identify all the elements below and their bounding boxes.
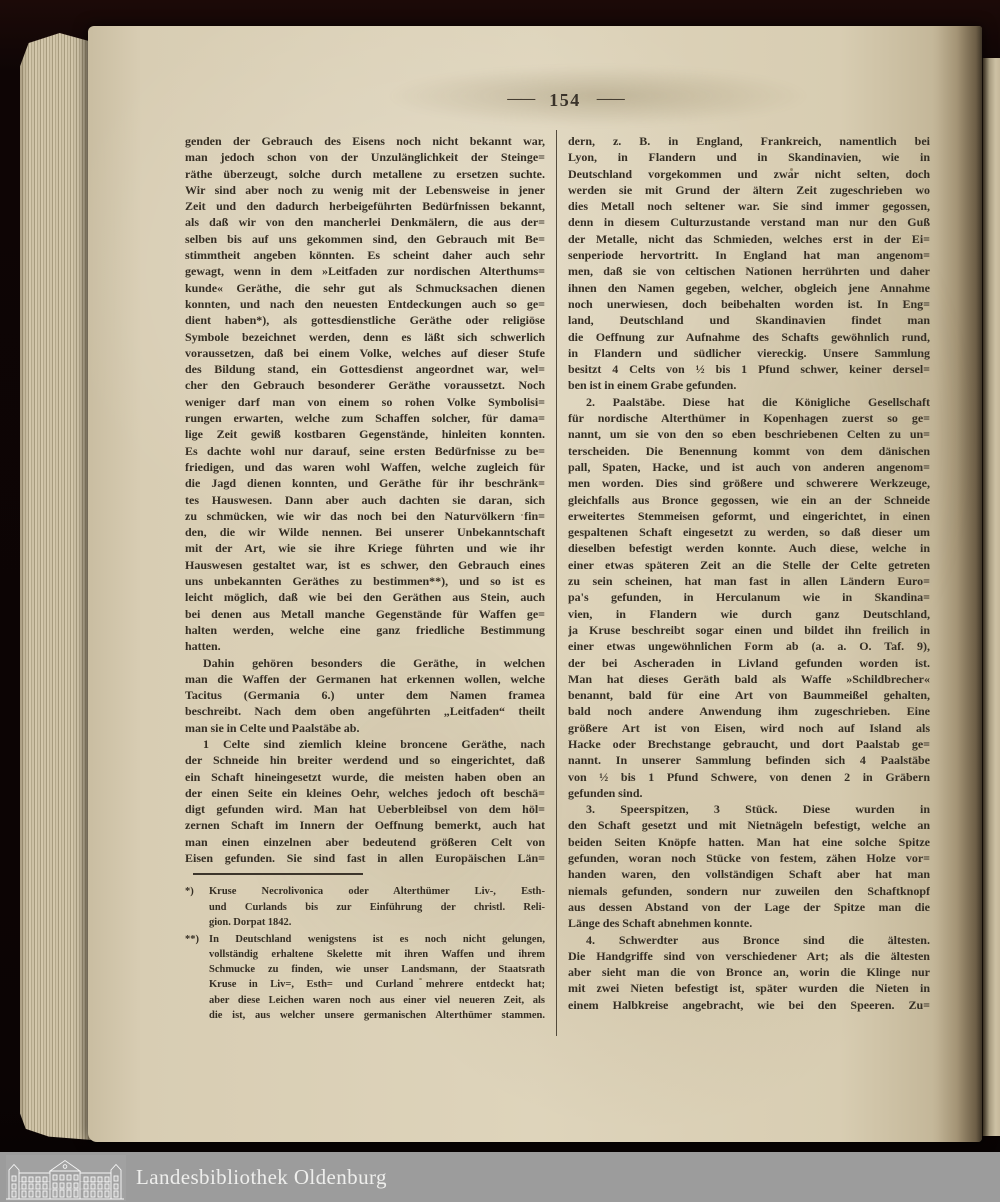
text-line: ein Schaft hineingesetzt wurde, die meis… — [185, 769, 545, 785]
text-line: größere Art ist von Eisen, wird noch auf… — [568, 720, 930, 736]
text-line: dient haben*), als gottesdienstliche Ger… — [185, 312, 545, 328]
text-column-left: genden der Gebrauch des Eisens noch nich… — [185, 133, 545, 1023]
text-line: gefunden sind. — [568, 785, 930, 801]
text-line: bald noch andere Anwendung ihm zugeschri… — [568, 703, 930, 719]
text-line: kunde« Geräthe, die sehr gut als Schmuck… — [185, 280, 545, 296]
text-line: dieselben befestigt werden konnte. Auch … — [568, 540, 930, 556]
text-line: Symbole bezeichnet werden, denn es läßt … — [185, 329, 545, 345]
footnote: *) Kruse Necrolivonica oder Alterthümer … — [185, 884, 545, 930]
text-line: 2. Paalstäbe. Diese hat die Königliche G… — [568, 394, 930, 410]
text-line: Zeit und den dadurch herbeigeführten Bed… — [185, 198, 545, 214]
footnote-separator-rule — [193, 873, 363, 875]
footnote-line: Kruse in Liv=, Esth= und Curland mehrere… — [209, 977, 545, 992]
text-line: aber sieht man die von Bronce an, worin … — [568, 964, 930, 980]
text-line: Wir sind aber noch zu wenig mit der Lebe… — [185, 182, 545, 198]
text-line: räthe überzeugt, solche durch metallene … — [185, 166, 545, 182]
text-line: bei denen aus Metall manche Gegenstände … — [185, 606, 545, 622]
text-line: land, Deutschland und Skandinavien finde… — [568, 312, 930, 328]
page-scan-viewer: { "page": { "number": "154", "dash_left"… — [0, 0, 1000, 1202]
text-line: ben ist in einem Grabe gefunden. — [568, 377, 930, 393]
text-line: man sie in Celte und Paalstäbe ab. — [185, 720, 545, 736]
text-line: Die Handgriffe sind von verschiedener Ar… — [568, 948, 930, 964]
text-line: senperiode hervortritt. In England hat m… — [568, 247, 930, 263]
text-line: leicht möglich, daß wie bei den Geräthen… — [185, 589, 545, 605]
text-line: als daß wir von den mancherlei Denkmäler… — [185, 214, 545, 230]
text-line: einer etwas ungewöhnlichen Form ab (a. a… — [568, 638, 930, 654]
text-line: erweitertes Stemmeisen geformt, und eing… — [568, 508, 930, 524]
text-line: denn in diesem Culturzustande verstand m… — [568, 214, 930, 230]
text-line: stimmtheit angeben könnten. Es scheint d… — [185, 247, 545, 263]
text-line: gefunden, woran noch Stücke von festem, … — [568, 850, 930, 866]
text-line: digt gefunden wird. Man hat Ueberbleibse… — [185, 801, 545, 817]
library-name: Landesbibliothek Oldenburg — [136, 1152, 387, 1202]
text-line: hatten. — [185, 638, 545, 654]
text-line: nannt, um sie von den so eben beschriebe… — [568, 426, 930, 442]
text-line: des Bildung stand, ein Gottesdienst ange… — [185, 361, 545, 377]
text-line: gespaltenen Schaft eingesetzt zu werden,… — [568, 524, 930, 540]
footnote-line: vollständig erhaltene Skelette mit ihren… — [209, 947, 545, 962]
text-line: Dahin gehören besonders die Geräthe, in … — [185, 655, 545, 671]
text-line: selben bis auf uns gekommen sind, den Ge… — [185, 231, 545, 247]
text-line: terscheiden. Die Benennung kommt von dem… — [568, 443, 930, 459]
text-line: pa's gefunden, in Herculanum wie in Skan… — [568, 589, 930, 605]
text-line: man einen einzelnen aber bedeutend größe… — [185, 834, 545, 850]
text-line: aus dessen Abstand von der Lage der Spit… — [568, 899, 930, 915]
text-line: die Jagd dienen konnten, und Geräthe für… — [185, 475, 545, 491]
text-line: handen waren, den vollständigen Schaft a… — [568, 866, 930, 882]
text-line: der einen Seite ein kleines Oehr, welche… — [185, 785, 545, 801]
text-line: weniger darf man von einem so rohen Volk… — [185, 394, 545, 410]
text-line: dies Metall noch seltener war. Sie sind … — [568, 198, 930, 214]
main-text-block-right: dern, z. B. in England, Frankreich, name… — [568, 133, 930, 1013]
text-line: einer etwas späteren Zeit an die Stelle … — [568, 557, 930, 573]
text-line: nannt. In unserer Sammlung befinden sich… — [568, 752, 930, 768]
text-line: von ½ bis 1 Pfund Schwere, von denen 2 i… — [568, 769, 930, 785]
text-line: men worden. Dies sind größere und schwer… — [568, 475, 930, 491]
text-line: tes Hauswesen. Dann aber auch dachten si… — [185, 492, 545, 508]
text-line: genden der Gebrauch des Eisens noch nich… — [185, 133, 545, 149]
text-line: mit der Art, wie sie ihre Kriege führten… — [185, 540, 545, 556]
text-line: benannt, bald für eine Art von Baummeiße… — [568, 687, 930, 703]
header-dash-right: —— — [597, 91, 623, 107]
footnote-marker: **) — [185, 932, 199, 947]
text-line: Es dachte wohl nur darauf, seine ersten … — [185, 443, 545, 459]
text-line: uns unbekannten Geräthes zu bestimmen**)… — [185, 573, 545, 589]
footnote-text: In Deutschland wenigstens ist es noch ni… — [209, 932, 545, 1023]
text-line: konnten, und nach den neuesten Entdeckun… — [185, 296, 545, 312]
text-line: gleichfalls aus Bronce gegossen, wie ein… — [568, 492, 930, 508]
text-line: Eisen gefunden. Sie sind fast in allen E… — [185, 850, 545, 866]
page-edge-stack — [20, 33, 92, 1140]
footnote: **) In Deutschland wenigstens ist es noc… — [185, 932, 545, 1023]
text-line: noch unerwiesen, doch beibehalten worden… — [568, 296, 930, 312]
footnote-text: Kruse Necrolivonica oder Alterthümer Liv… — [209, 884, 545, 930]
text-line: ja Kruse beschreibt sogar einen und bild… — [568, 622, 930, 638]
text-line: mit zwei Nieten befestigt ist, später wu… — [568, 980, 930, 996]
text-line: zu sein scheinen, hat man fast in allen … — [568, 573, 930, 589]
text-line: Länge des Schaft abnehmen konnte. — [568, 915, 930, 931]
text-line: voraussetzen, daß bei einem Volke, welch… — [185, 345, 545, 361]
scanned-book-page: ——154—— genden der Gebrauch des Eisens n… — [88, 26, 982, 1142]
text-line: pall, Spaten, Hacke, und ist auch von an… — [568, 459, 930, 475]
footnote-line: Schmucke zu finden, wie unser Landsmann,… — [209, 962, 545, 977]
footnote-line: In Deutschland wenigstens ist es noch ni… — [209, 932, 545, 947]
text-line: beschreibt. Nach dem oben angeführten „L… — [185, 703, 545, 719]
text-line: Tacitus (Germania 6.) unter dem Namen fr… — [185, 687, 545, 703]
text-line: den Schaft gesetzt und mit Nietnägeln be… — [568, 817, 930, 833]
text-line: zu schmücken, wie wir das noch bei den N… — [185, 508, 545, 524]
text-line: man jedoch schon von der Unzulänglichkei… — [185, 149, 545, 165]
text-line: friedigen, und das waren wohl Waffen, we… — [185, 459, 545, 475]
header-dash-left: —— — [507, 91, 533, 107]
text-line: 4. Schwerdter aus Bronce sind die ältest… — [568, 932, 930, 948]
library-logo-icon — [6, 1155, 126, 1201]
text-line: 3. Speerspitzen, 3 Stück. Diese wurden i… — [568, 801, 930, 817]
text-line: beiden Seiten Knöpfe hatten. Man hat ein… — [568, 834, 930, 850]
footnote-line: aber diese Leichen waren noch aus einer … — [209, 993, 545, 1008]
text-line: der bei Ascheraden in Livland gefunden w… — [568, 655, 930, 671]
text-line: Man hat dieses Geräth bald als Waffe »Sc… — [568, 671, 930, 687]
text-column-right: dern, z. B. in England, Frankreich, name… — [568, 133, 930, 1013]
text-line: in Flandern und südlicher viereckig. Uns… — [568, 345, 930, 361]
facing-page-edge — [982, 58, 1000, 1136]
main-text-block-left: genden der Gebrauch des Eisens noch nich… — [185, 133, 545, 866]
text-line: die Oeffnung zur Aufnahme des Schafts ge… — [568, 329, 930, 345]
text-line: Deutschland vorgekommen und zwar nicht s… — [568, 166, 930, 182]
text-line: 1 Celte sind ziemlich kleine broncene Ge… — [185, 736, 545, 752]
text-line: der Schneide hin breiter werdend und so … — [185, 752, 545, 768]
text-line: den, die wir Wilde nennen. Bei unserer U… — [185, 524, 545, 540]
text-line: für nordische Alterthümer in Kopenhagen … — [568, 410, 930, 426]
text-line: lige Zeit gewiß kostbaren Gegenstände, h… — [185, 426, 545, 442]
text-line: gewagt, wenn in dem »Leitfaden zur nordi… — [185, 263, 545, 279]
text-line: cher den Gebrauch besonderer Geräthe vor… — [185, 377, 545, 393]
text-line: besitzt 4 Celts von ½ bis 1 Pfund schwer… — [568, 361, 930, 377]
text-line: man die Waffen der Germanen hat erkennen… — [185, 671, 545, 687]
text-line: Hacke oder Brechstange gebraucht, und do… — [568, 736, 930, 752]
text-line: Lyon, in Flandern und in Skandinavien, w… — [568, 149, 930, 165]
footnote-line: gion. Dorpat 1842. — [209, 915, 545, 930]
text-line: ihnen den Namen gegeben, welcher, obglei… — [568, 280, 930, 296]
viewer-footer-bar: Landesbibliothek Oldenburg — [0, 1152, 1000, 1202]
footnote-marker: *) — [185, 884, 194, 899]
text-line: Hauswesen gestaltet war, ist es schwer, … — [185, 557, 545, 573]
text-line: men, daß sie von celtischen Nationen her… — [568, 263, 930, 279]
column-divider-rule — [556, 130, 557, 1036]
text-line: einem Halbkreise angebracht, wie bei den… — [568, 997, 930, 1013]
text-line: der Metalle, nicht das Schmieden, welche… — [568, 231, 930, 247]
footnote-line: und Curlands bis zur Einführung der chri… — [209, 900, 545, 915]
text-line: zernen Schaft im Innern der Oeffnung bem… — [185, 817, 545, 833]
page-number: 154 — [549, 90, 581, 110]
text-line: werden sie mit Grund der ältern Zeit zug… — [568, 182, 930, 198]
text-line: vien, in Flandern wie durch ganz Deutsch… — [568, 606, 930, 622]
text-line: dern, z. B. in England, Frankreich, name… — [568, 133, 930, 149]
footnote-line: die ist, aus welcher unsere germanischen… — [209, 1008, 545, 1023]
text-line: niemals gefunden, sondern nur zuweilen d… — [568, 883, 930, 899]
page-header: ——154—— — [248, 90, 882, 116]
text-line: halten werden, welche eine ganz friedlic… — [185, 622, 545, 638]
footnote-line: Kruse Necrolivonica oder Alterthümer Liv… — [209, 884, 545, 899]
text-line: rungen erwarten, welche zum Schaffen sol… — [185, 410, 545, 426]
